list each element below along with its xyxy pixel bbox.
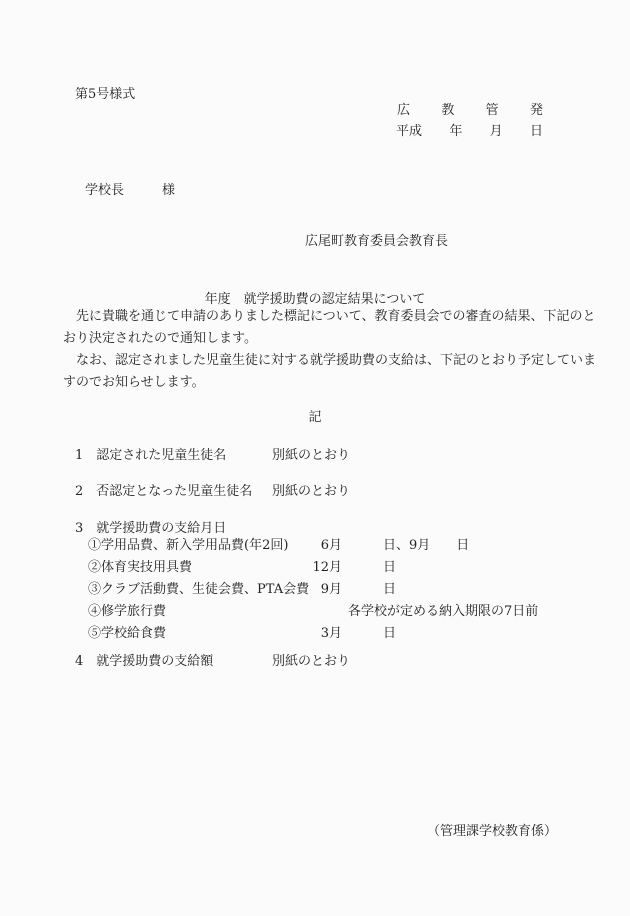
date-year-label: 年 — [449, 120, 462, 139]
record-marker: 記 — [0, 406, 630, 425]
item-value: 別紙のとおり — [272, 650, 350, 669]
addressee-title: 学校長 — [85, 179, 124, 198]
document-code-line: 広 教 管 発 — [397, 99, 543, 118]
sender-name: 広尾町教育委員会教育長 — [305, 230, 448, 249]
item-label: 2 否認定となった児童生徒名 — [75, 480, 272, 499]
payment-row-month: 3月 — [312, 623, 342, 645]
payment-row: ③クラブ活動費、生徒会費、PTA会費 9月 日 — [88, 579, 538, 601]
payment-row-month: 12月 — [312, 557, 342, 579]
body-paragraphs: 先に貴職を通じて申請のありました標記について、教育委員会での審査の結果、下記のと… — [63, 306, 603, 394]
item-value: 別紙のとおり — [272, 444, 350, 463]
payment-row-detail: 日 — [383, 579, 396, 601]
payment-row: ①学用品費、新入学用品費(年2回) 6月 日、9月 日 — [88, 535, 538, 557]
body-line: 先に貴職を通じて申請のありました標記について、教育委員会での審査の結果、下記のと — [63, 306, 603, 328]
form-number: 第5号様式 — [75, 83, 135, 102]
payment-row-label: ①学用品費、新入学用品費(年2回) — [88, 535, 312, 557]
payment-row-label: ②体育実技用具費 — [88, 557, 312, 579]
payment-schedule: ①学用品費、新入学用品費(年2回) 6月 日、9月 日 ②体育実技用具費 12月… — [88, 535, 538, 645]
item-value: 別紙のとおり — [272, 480, 350, 499]
footer-department: （管理課学校教育係） — [427, 820, 557, 839]
item-label: 1 認定された児童生徒名 — [75, 444, 272, 463]
payment-row: ⑤学校給食費 3月 日 — [88, 623, 538, 645]
item-label: 3 就学援助費の支給月日 — [75, 517, 272, 536]
body-line: おり決定されたので通知します。 — [63, 328, 603, 350]
list-item: 4 就学援助費の支給額 別紙のとおり — [75, 650, 350, 669]
payment-row-month: 9月 — [312, 579, 342, 601]
payment-row-label: ③クラブ活動費、生徒会費、PTA会費 — [88, 579, 312, 601]
payment-row-detail: 日、9月 日 — [383, 535, 469, 557]
payment-row-detail: 日 — [383, 623, 396, 645]
doc-code-char: 発 — [530, 99, 543, 118]
document-title: 年度 就学援助費の認定結果について — [0, 288, 630, 307]
payment-row-detail: 日 — [383, 557, 396, 579]
payment-row-detail: 各学校が定める納入期限の7日前 — [348, 601, 538, 623]
body-line: なお、認定されました児童生徒に対する就学援助費の支給は、下記のとおり予定していま — [63, 350, 603, 372]
doc-code-char: 管 — [486, 99, 499, 118]
payment-row: ②体育実技用具費 12月 日 — [88, 557, 538, 579]
payment-row-month — [312, 601, 342, 623]
item-label: 4 就学援助費の支給額 — [75, 650, 272, 669]
list-item: 2 否認定となった児童生徒名 別紙のとおり — [75, 480, 350, 499]
doc-code-char: 教 — [441, 99, 454, 118]
date-day-label: 日 — [530, 120, 543, 139]
document-page: 第5号様式 広 教 管 発 平成 年 月 日 学校長 様 広尾町教育委員会教育長… — [0, 0, 630, 916]
addressee-line: 学校長 様 — [85, 179, 175, 198]
payment-row-month: 6月 — [312, 535, 342, 557]
list-item: 3 就学援助費の支給月日 — [75, 517, 272, 536]
payment-row: ④修学旅行費 各学校が定める納入期限の7日前 — [88, 601, 538, 623]
payment-row-label: ⑤学校給食費 — [88, 623, 312, 645]
addressee-honorific: 様 — [162, 179, 175, 198]
body-line: すのでお知らせします。 — [63, 372, 603, 394]
date-month-label: 月 — [490, 120, 503, 139]
doc-code-char: 広 — [397, 99, 410, 118]
date-era: 平成 — [396, 120, 422, 139]
date-line: 平成 年 月 日 — [396, 120, 543, 139]
payment-row-label: ④修学旅行費 — [88, 601, 312, 623]
list-item: 1 認定された児童生徒名 別紙のとおり — [75, 444, 350, 463]
